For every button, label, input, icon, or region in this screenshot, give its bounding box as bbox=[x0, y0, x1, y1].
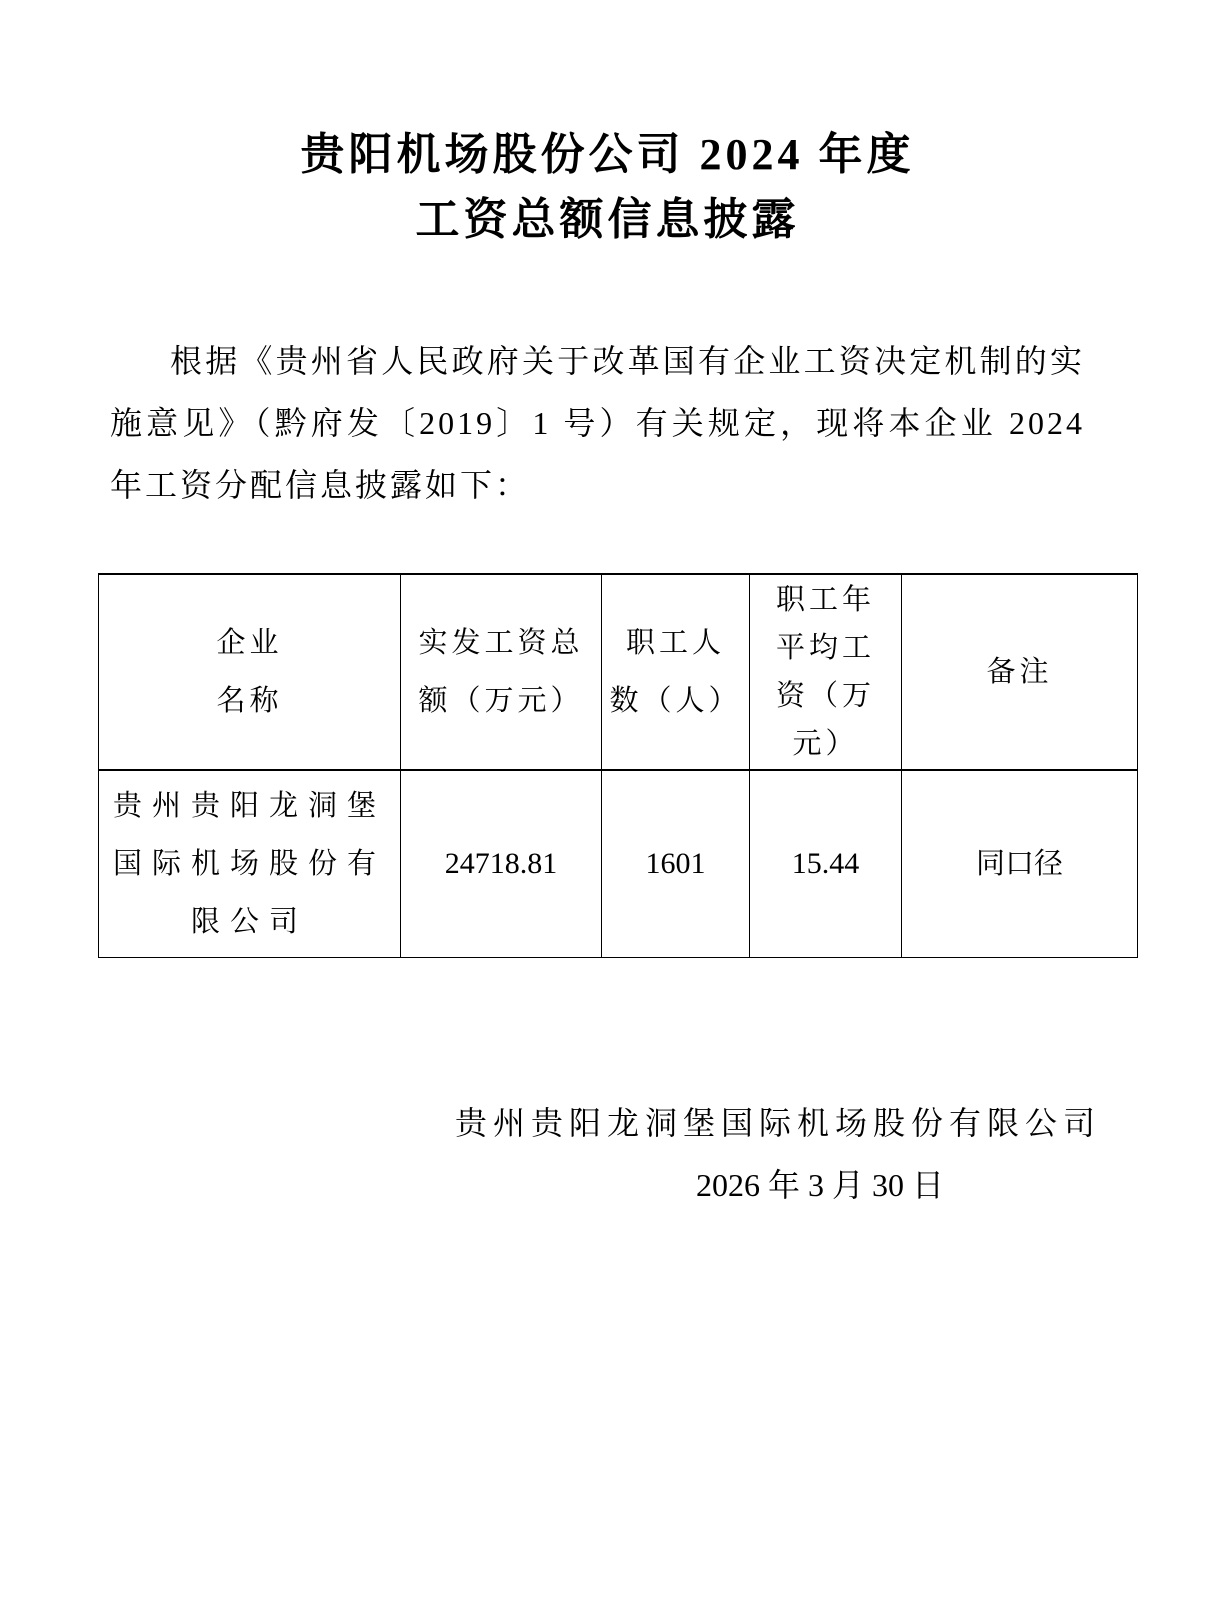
header-employee-count: 职工人 数（人） bbox=[602, 574, 750, 770]
cell-total-wage: 24718.81 bbox=[401, 770, 602, 957]
cell-company-name: 贵州贵阳龙洞堡 国际机场股份有 限公司 bbox=[99, 770, 401, 957]
header-company-name: 企业 名称 bbox=[99, 574, 401, 770]
signature-date: 2026 年 3 月 30 日 bbox=[0, 1160, 1215, 1210]
document-page: 贵阳机场股份公司 2024 年度 工资总额信息披露 根据《贵州省人民政府关于改革… bbox=[0, 0, 1215, 1620]
document-title-line1: 贵阳机场股份公司 2024 年度 bbox=[0, 122, 1215, 187]
cell-employee-count: 1601 bbox=[602, 770, 750, 957]
document-title: 贵阳机场股份公司 2024 年度 工资总额信息披露 bbox=[0, 122, 1215, 252]
table-row: 贵州贵阳龙洞堡 国际机场股份有 限公司 24718.81 1601 15.44 … bbox=[99, 770, 1138, 957]
cell-average-wage: 15.44 bbox=[750, 770, 902, 957]
table-header-row: 企业 名称 实发工资总 额（万元） 职工人 数（人） 职工年 平均工 资（万 元… bbox=[99, 574, 1138, 770]
wage-disclosure-table: 企业 名称 实发工资总 额（万元） 职工人 数（人） 职工年 平均工 资（万 元… bbox=[98, 573, 1138, 958]
header-remark: 备注 bbox=[902, 574, 1138, 770]
intro-paragraph: 根据《贵州省人民政府关于改革国有企业工资决定机制的实施意见》（黔府发〔2019〕… bbox=[110, 330, 1085, 516]
signature-company: 贵州贵阳龙洞堡国际机场股份有限公司 bbox=[0, 1098, 1215, 1148]
cell-remark: 同口径 bbox=[902, 770, 1138, 957]
document-title-line2: 工资总额信息披露 bbox=[0, 187, 1215, 252]
header-total-wage: 实发工资总 额（万元） bbox=[401, 574, 602, 770]
header-average-wage: 职工年 平均工 资（万 元） bbox=[750, 574, 902, 770]
